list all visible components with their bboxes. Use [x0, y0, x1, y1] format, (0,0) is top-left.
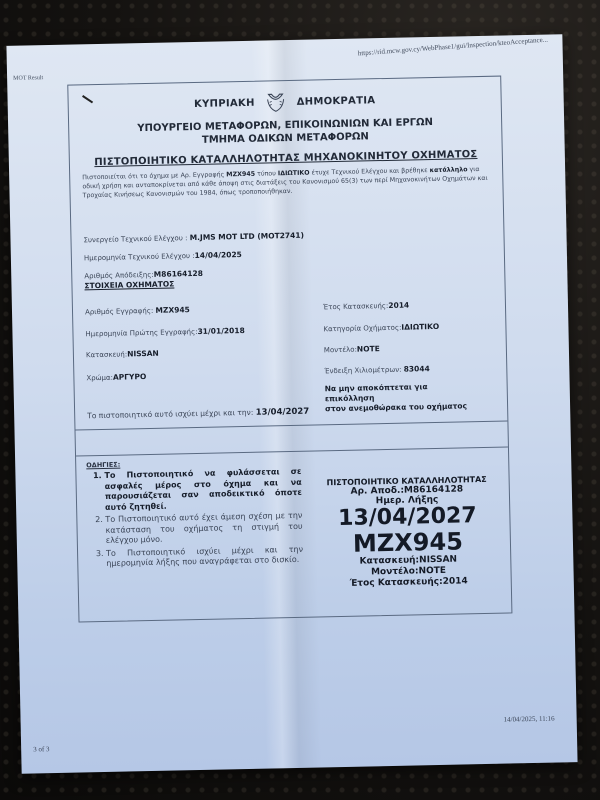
instructions: ΟΔΗΓΙΕΣ: Το Πιστοποιητικό να φυλάσσεται …	[86, 457, 303, 572]
model-label: Μοντέλο:	[324, 346, 357, 355]
inspection-date-value: 14/04/2025	[195, 250, 242, 260]
garage-label: Συνεργείο Τεχνικού Ελέγχου :	[83, 234, 187, 244]
intro-type: ΙΔΙΩΤΙΚΟ	[278, 170, 310, 178]
republic-left: ΚΥΠΡΙΑΚΗ	[194, 97, 255, 109]
receipt-label: Αριθμός Απόδειξης:	[84, 271, 154, 280]
color-label: Χρώμα:	[86, 374, 113, 383]
instruction-item: Το Πιστοποιητικό να φυλάσσεται σε ασφαλέ…	[104, 467, 302, 513]
registration-label: Αριθμός Εγγραφής:	[85, 307, 153, 316]
corner-reference: MOT Result	[13, 75, 43, 82]
inspection-date-field: Ημερομηνία Τεχνικού Ελέγχου :14/04/2025	[84, 250, 242, 262]
odometer-value: 83044	[404, 364, 430, 374]
make-label: Κατασκευή:	[86, 350, 127, 359]
warning-line-3: στον ανεμοθώρακα του οχήματος	[325, 401, 467, 414]
garage-field: Συνεργείο Τεχνικού Ελέγχου : M.JMS MOT L…	[83, 231, 304, 245]
page-number: 3 of 3	[33, 745, 50, 753]
windscreen-disk: ΠΙΣΤΟΠΟΙΗΤΙΚΟ ΚΑΤΑΛΛΗΛΟΤΗΤΑΣ Αρ. Αποδ.:M…	[311, 453, 504, 591]
certificate-header: ΚΥΠΡΙΑΚΗ ΔΗΜΟΚΡΑΤΙΑ ΥΠΟΥΡΓΕΙΟ ΜΕΤΑΦΟΡΩΝ,…	[68, 87, 501, 169]
section-divider	[75, 420, 507, 430]
year-field: Έτος Κατασκευής:2014	[323, 301, 409, 312]
ministry-name: ΥΠΟΥΡΓΕΙΟ ΜΕΤΑΦΟΡΩΝ, ΕΠΙΚΟΙΝΩΝΙΩΝ ΚΑΙ ΕΡ…	[69, 115, 501, 150]
intro-suitable: κατάλληλο	[430, 166, 468, 174]
vehicle-section-heading: ΣΤΟΙΧΕΙΑ ΟΧΗΜΑΤΟΣ	[84, 279, 174, 290]
instruction-item: Το Πιστοποιητικό αυτό έχει άμεση σχέση μ…	[105, 511, 303, 547]
certificate-page: https://rid.mcw.gov.cy/WebPhase1/gui/Ins…	[6, 34, 577, 773]
print-timestamp: 14/04/2025, 11:16	[503, 715, 554, 724]
valid-until-value: 13/04/2027	[256, 407, 310, 418]
intro-reg: MZX945	[226, 171, 255, 179]
garage-value: M.JMS MOT LTD (MOT2741)	[190, 231, 304, 242]
year-label: Έτος Κατασκευής:	[323, 302, 389, 311]
do-not-detach-warning: Να μην αποκόπτεται για επικόλληση στον α…	[325, 381, 468, 414]
category-label: Κατηγορία Οχήματος:	[323, 324, 401, 334]
odometer-label: Ένδειξη Χιλιομέτρων:	[324, 366, 401, 376]
first-registration-label: Ημερομηνία Πρώτης Εγγραφής:	[85, 328, 197, 338]
certificate-frame: ΚΥΠΡΙΑΚΗ ΔΗΜΟΚΡΑΤΙΑ ΥΠΟΥΡΓΕΙΟ ΜΕΤΑΦΟΡΩΝ,…	[67, 76, 512, 623]
intro-text: έτυχε Τεχνικού Ελέγχου και βρέθηκε	[310, 167, 430, 177]
certification-statement: Πιστοποιείται ότι το όχημα με Αρ. Εγγραφ…	[82, 165, 490, 201]
first-registration-value: 31/01/2018	[197, 326, 244, 336]
receipt-field: Αριθμός Απόδειξης:M86164128	[84, 269, 203, 280]
color-field: Χρώμα:ΑΡΓΥΡΟ	[86, 372, 146, 382]
odometer-field: Ένδειξη Χιλιομέτρων: 83044	[324, 364, 430, 375]
disk-registration: MZX945	[313, 528, 504, 558]
receipt-value: M86164128	[154, 269, 203, 279]
model-field: Μοντέλο:NOTE	[324, 344, 380, 354]
intro-text: τύπου	[255, 170, 278, 177]
first-registration-field: Ημερομηνία Πρώτης Εγγραφής:31/01/2018	[85, 326, 244, 338]
registration-field: Αριθμός Εγγραφής: MZX945	[85, 305, 190, 316]
category-field: Κατηγορία Οχήματος:ΙΔΙΩΤΙΚΟ	[323, 322, 439, 333]
category-value: ΙΔΙΩΤΙΚΟ	[401, 322, 439, 332]
republic-right: ΔΗΜΟΚΡΑΤΙΑ	[297, 95, 376, 108]
valid-until-field: Το πιστοποιητικό αυτό ισχύει μέχρι και τ…	[87, 407, 309, 422]
model-value: NOTE	[357, 344, 380, 353]
registration-value: MZX945	[155, 305, 190, 315]
make-field: Κατασκευή:NISSAN	[86, 349, 159, 360]
make-value: NISSAN	[127, 349, 159, 359]
republic-heading: ΚΥΠΡΙΑΚΗ ΔΗΜΟΚΡΑΤΙΑ	[68, 87, 500, 118]
disk-expiry-date: 13/04/2027	[312, 504, 502, 532]
instruction-item: Το Πιστοποιητικό ισχύει μέχρι και την ημ…	[106, 544, 303, 569]
inspection-date-label: Ημερομηνία Τεχνικού Ελέγχου :	[84, 252, 195, 262]
year-value: 2014	[388, 301, 409, 310]
cyprus-coat-of-arms-icon	[264, 91, 286, 113]
valid-until-label: Το πιστοποιητικό αυτό ισχύει μέχρι και τ…	[87, 408, 253, 420]
color-value: ΑΡΓΥΡΟ	[113, 372, 147, 382]
